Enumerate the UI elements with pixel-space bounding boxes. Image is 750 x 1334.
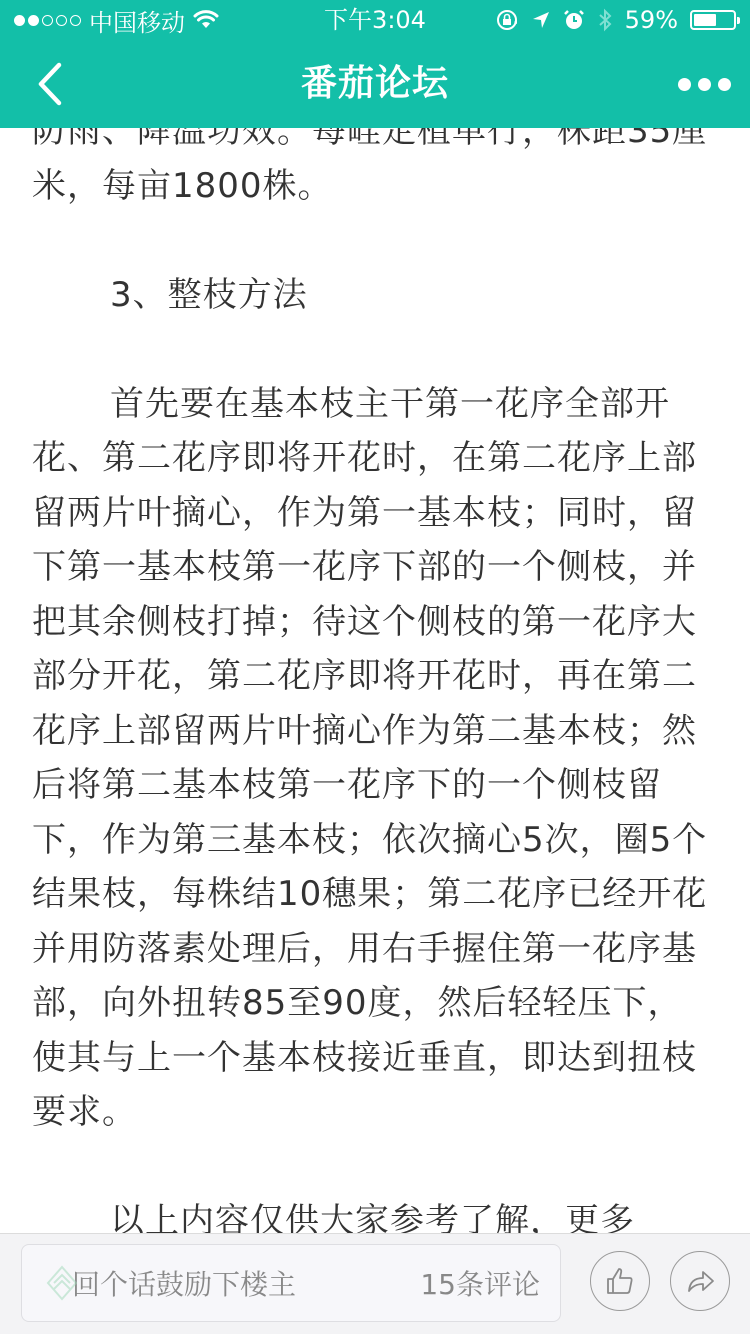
wifi-icon [193, 10, 219, 30]
battery-fill [694, 14, 716, 26]
share-button[interactable] [670, 1251, 730, 1311]
battery-percent: 59% [625, 6, 678, 34]
signal-dot [42, 15, 53, 26]
signal-strength-icon [14, 15, 81, 26]
battery-icon [690, 10, 736, 30]
like-button[interactable] [590, 1251, 650, 1311]
signal-dot [28, 15, 39, 26]
chevron-left-icon [35, 61, 65, 107]
article-paragraph: 首先要在基本枝主干第一花序全部开花、第二花序即将开花时，在第二花序上部留两片叶摘… [32, 377, 710, 1140]
back-button[interactable] [20, 52, 80, 116]
carrier-label: 中国移动 [89, 3, 185, 38]
alarm-icon [563, 9, 585, 31]
comment-count-link[interactable]: 15条评论 [420, 1263, 540, 1303]
status-left: 中国移动 [14, 0, 219, 40]
bluetooth-icon [597, 8, 613, 32]
article-body: 防雨、降温功效。每畦定植单行，株距35厘米，每亩1800株。 3、整枝方法 首先… [32, 104, 710, 1249]
comment-placeholder: 回个话鼓励下楼主 [72, 1263, 420, 1303]
signal-dot [56, 15, 67, 26]
signal-dot [14, 15, 25, 26]
more-dots-icon [678, 78, 691, 91]
thumbs-up-icon [604, 1265, 636, 1297]
page-title: 番茄论坛 [0, 40, 750, 128]
signal-dot [70, 15, 81, 26]
location-arrow-icon [531, 10, 551, 30]
more-options-button[interactable] [674, 60, 734, 108]
nav-bar: 番茄论坛 [0, 40, 750, 128]
bottom-action-bar: 回个话鼓励下楼主 15条评论 [0, 1233, 750, 1334]
section-heading: 3、整枝方法 [32, 268, 710, 323]
orientation-lock-icon [495, 8, 519, 32]
app-header: 中国移动 下午3:04 [0, 0, 750, 128]
status-bar: 中国移动 下午3:04 [0, 0, 750, 40]
watermark-logo-icon [42, 1263, 82, 1303]
comment-input[interactable]: 回个话鼓励下楼主 15条评论 [21, 1244, 561, 1322]
share-arrow-icon [684, 1265, 716, 1297]
status-right: 59% [495, 0, 736, 40]
